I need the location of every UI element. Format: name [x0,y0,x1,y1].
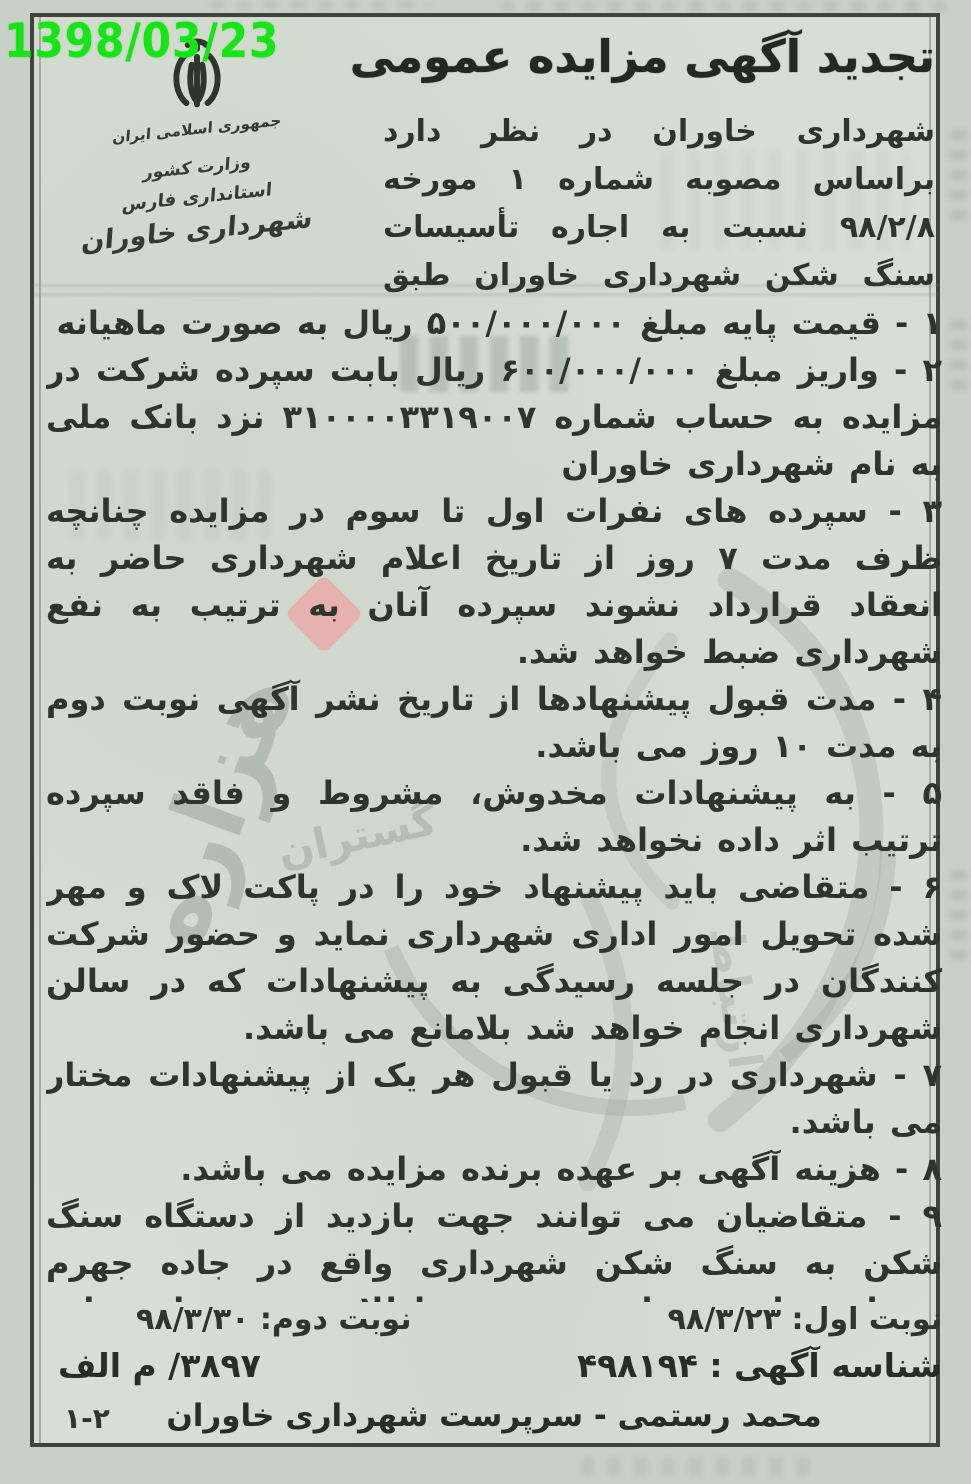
first-run-label: نوبت اول: [792,1302,943,1337]
signature: محمد رستمی - سرپرست شهرداری خاوران [166,1398,821,1434]
scan-date-stamp: 1398/03/23 [4,14,279,69]
second-run-label: نوبت دوم: [260,1302,412,1337]
condition-item-4: ۴ - مدت قبول پیشنهادها از تاریخ نشر آگهی… [46,676,942,770]
ghost-bleed-right-2 [950,320,968,390]
ad-id: شناسه آگهی : ۴۹۸۱۹۴ [577,1346,942,1385]
notice-intro: شهرداری خاوران در نظر دارد براساس مصوبه … [383,108,935,304]
condition-item-7: ۷ - شهرداری در رد یا قبول هر یک از پیشنه… [46,1052,942,1146]
signature-row: محمد رستمی - سرپرست شهرداری خاوران [46,1398,942,1434]
first-run-date: نوبت اول: ۹۸/۳/۲۳ [668,1302,942,1337]
ghost-bleed-right [950,125,968,220]
ghost-bleed-top [500,0,950,13]
m-alef-code: ۳۸۹۷/ م الف [58,1346,261,1385]
condition-item-6: ۶ - متقاضی باید پیشنهاد خود را در پاکت ل… [46,864,942,1052]
condition-item-5: ۵ - به پیشنهادات مخدوش، مشروط و فاقد سپر… [46,770,942,864]
condition-item-3: ۳ - سپرده های نفرات اول تا سوم در مزایده… [46,488,942,676]
publication-dates-row: نوبت اول: ۹۸/۳/۲۳ نوبت دوم: ۹۸/۳/۳۰ [46,1302,942,1337]
notice-conditions-list: ۱ - قیمت پایه مبلغ ۵۰۰/۰۰۰/۰۰۰ ریال به ص… [46,300,942,1302]
second-run-date: نوبت دوم: ۹۸/۳/۳۰ [136,1302,412,1337]
condition-item-8: ۸ - هزینه آگهی بر عهده برنده مزایده می ب… [46,1146,942,1193]
ad-id-value: ۴۹۸۱۹۴ [577,1346,698,1385]
notice-title: تجدید آگهی مزایده عمومی [415,30,935,83]
ghost-bleed-right-3 [950,870,968,960]
ghost-bleed-bottom [580,1458,810,1476]
ad-id-row: شناسه آگهی : ۴۹۸۱۹۴ ۳۸۹۷/ م الف [46,1346,942,1385]
run-page-marker: ۱-۲ [64,1402,110,1435]
second-run-value: ۹۸/۳/۳۰ [136,1302,249,1337]
first-run-value: ۹۸/۳/۲۳ [668,1302,781,1337]
scanned-newspaper-page: هزاره گستران ارتباط جمهوری اسلامی ایران … [0,0,971,1484]
condition-item-9: ۹ - متقاضیان می توانند جهت بازدید از دست… [46,1193,942,1302]
ad-id-label: شناسه آگهی : [709,1346,942,1385]
condition-item-2: ۲ - واریز مبلغ ۶۰۰/۰۰۰/۰۰۰ ریال بابت سپر… [46,347,942,488]
condition-item-1: ۱ - قیمت پایه مبلغ ۵۰۰/۰۰۰/۰۰۰ ریال به ص… [46,300,942,347]
ghost-bleed-top-2 [210,0,430,10]
